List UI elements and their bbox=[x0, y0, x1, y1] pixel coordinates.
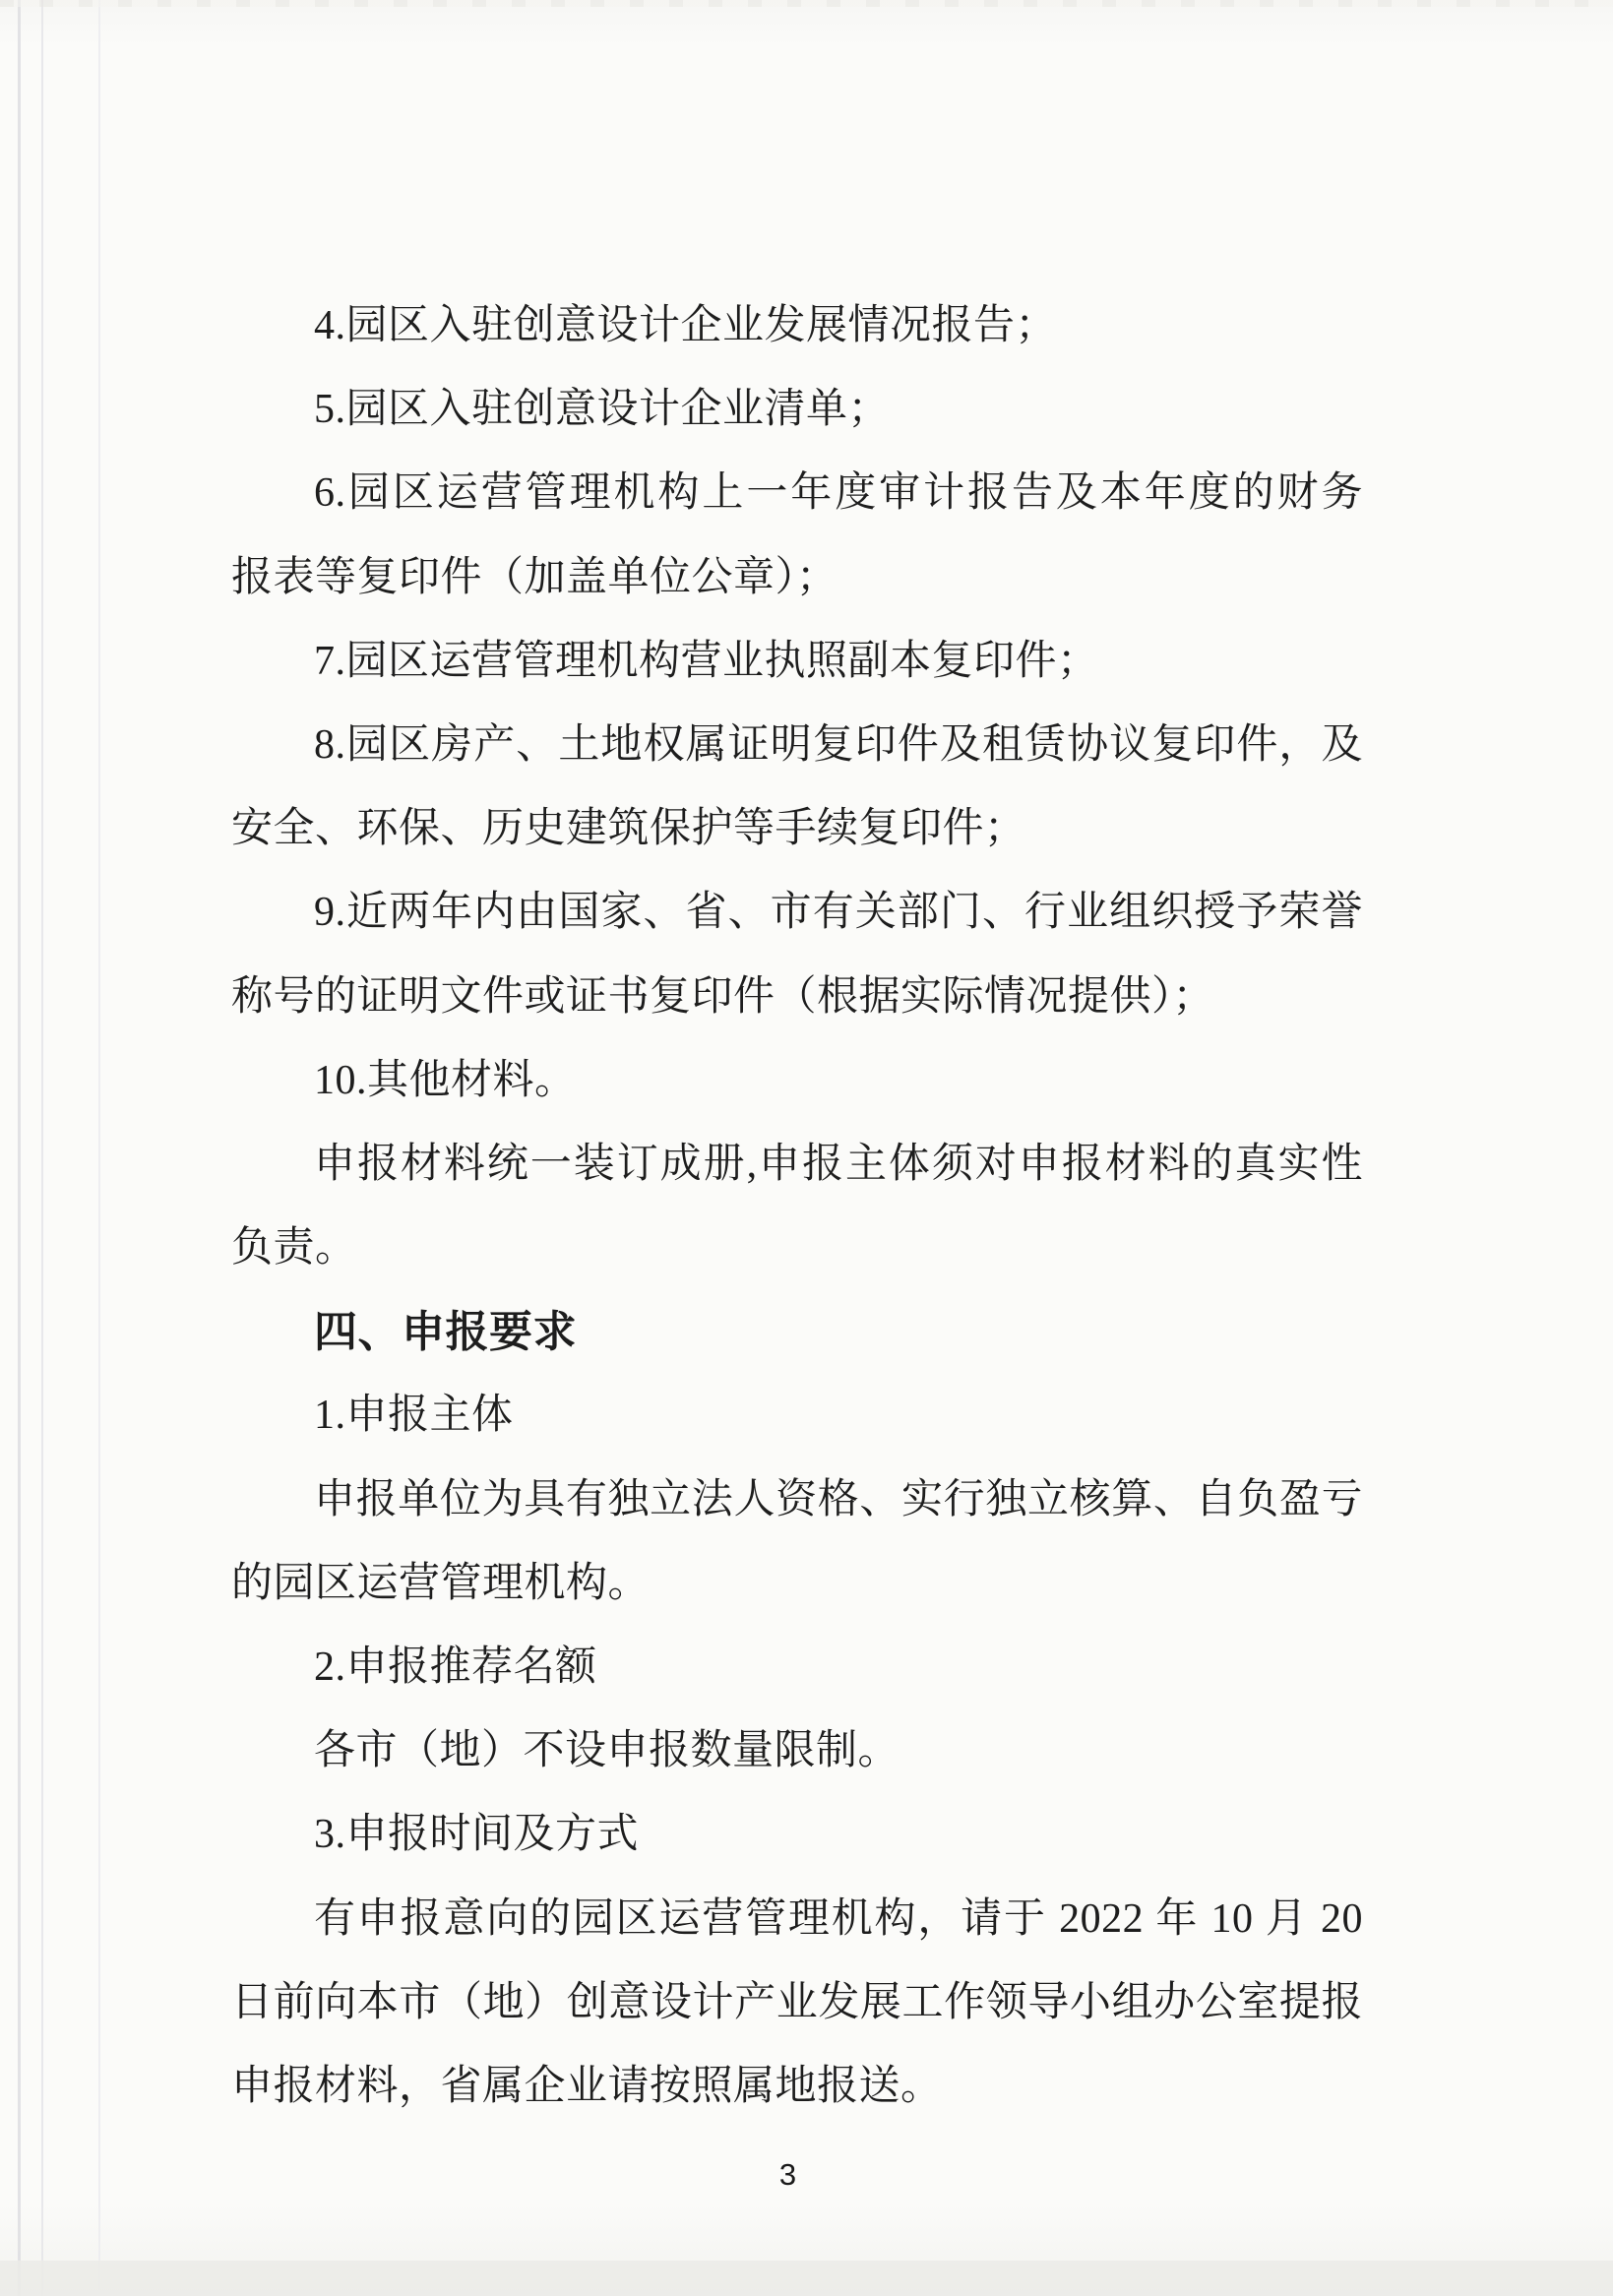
document-page: 4.园区入驻创意设计企业发展情况报告； 5.园区入驻创意设计企业清单； 6.园区… bbox=[0, 0, 1613, 2296]
doc-line: 日前向本市（地）创意设计产业发展工作领导小组办公室提报 bbox=[231, 1961, 1363, 2045]
doc-line: 4.园区入驻创意设计企业发展情况报告； bbox=[231, 284, 1363, 368]
doc-line: 9.近两年内由国家、省、市有关部门、行业组织授予荣誉 bbox=[231, 871, 1363, 955]
doc-line: 有申报意向的园区运营管理机构，请于 2022 年 10 月 20 bbox=[231, 1878, 1363, 1961]
doc-line: 的园区运营管理机构。 bbox=[231, 1542, 1363, 1626]
doc-line: 称号的证明文件或证书复印件（根据实际情况提供）； bbox=[231, 956, 1363, 1039]
doc-line: 各市（地）不设申报数量限制。 bbox=[231, 1709, 1363, 1793]
doc-line: 6.园区运营管理机构上一年度审计报告及本年度的财务 bbox=[231, 452, 1363, 535]
doc-line: 申报单位为具有独立法人资格、实行独立核算、自负盈亏 bbox=[231, 1458, 1363, 1542]
doc-line: 申报材料统一装订成册,申报主体须对申报材料的真实性 bbox=[231, 1123, 1363, 1207]
doc-line: 1.申报主体 bbox=[231, 1374, 1363, 1458]
scan-artifact-left-streak bbox=[98, 0, 100, 2296]
page-number: 3 bbox=[0, 2151, 1576, 2199]
doc-line: 7.园区运营管理机构营业执照副本复印件； bbox=[231, 620, 1363, 704]
doc-line: 3.申报时间及方式 bbox=[231, 1793, 1363, 1877]
scan-artifact-bottom-edge bbox=[0, 2261, 1613, 2296]
doc-line: 5.园区入驻创意设计企业清单； bbox=[231, 368, 1363, 452]
doc-line: 申报材料，省属企业请按照属地报送。 bbox=[231, 2045, 1363, 2129]
doc-line: 8.园区房产、土地权属证明复印件及租赁协议复印件，及 bbox=[231, 704, 1363, 787]
text-block: 4.园区入驻创意设计企业发展情况报告； 5.园区入驻创意设计企业清单； 6.园区… bbox=[231, 284, 1363, 2129]
doc-line: 报表等复印件（加盖单位公章）； bbox=[231, 536, 1363, 620]
scan-artifact-left-streak bbox=[18, 0, 21, 2296]
scan-artifact-top-edge bbox=[0, 0, 1613, 7]
doc-line: 安全、环保、历史建筑保护等手续复印件； bbox=[231, 787, 1363, 871]
doc-line: 负责。 bbox=[231, 1207, 1363, 1290]
scan-artifact-left-streak bbox=[41, 0, 43, 2296]
section-heading: 四、申报要求 bbox=[231, 1290, 1363, 1374]
doc-line: 2.申报推荐名额 bbox=[231, 1626, 1363, 1709]
doc-line: 10.其他材料。 bbox=[231, 1039, 1363, 1123]
